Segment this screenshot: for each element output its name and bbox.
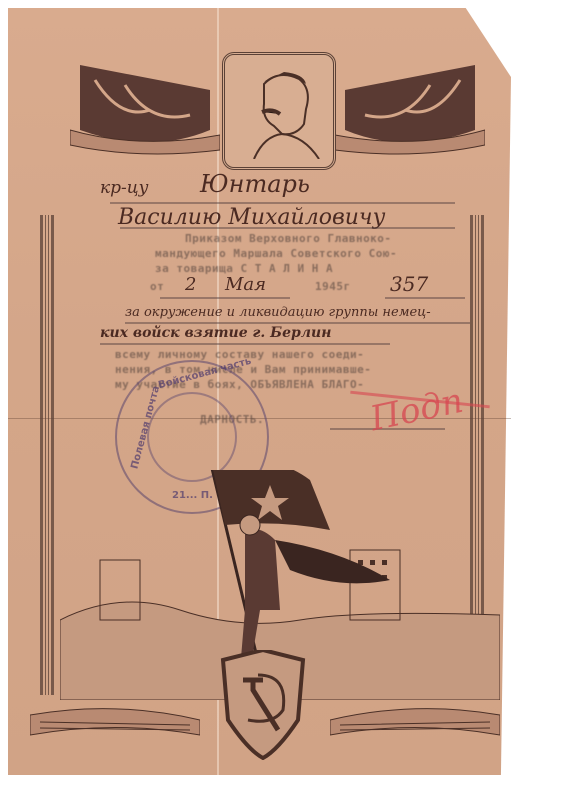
printed-intro-line-1: Приказом Верховного Главноко- (185, 232, 392, 245)
recipient-rank: кр-цу (100, 178, 149, 198)
order-number: 357 (390, 272, 428, 296)
underline (125, 322, 470, 324)
date-month: Мая (225, 274, 266, 295)
hammer-sickle-shield-icon (218, 650, 308, 760)
stamp-inner-ring (147, 392, 237, 482)
underline (120, 227, 455, 229)
date-year: 1945г (315, 280, 351, 293)
underline (160, 297, 290, 299)
reason-text-1: окружение и ликвидацию группы немец- (144, 305, 431, 320)
date-day: 2 (185, 274, 196, 295)
underline (385, 297, 465, 299)
red-banner-left-icon (70, 60, 220, 155)
recipient-surname: Юнтарь (200, 170, 310, 198)
underline (110, 202, 455, 204)
reason-prefix: за (125, 305, 140, 320)
ribbon-left-icon (30, 700, 200, 745)
frame-column-left (40, 215, 54, 695)
underline (100, 343, 390, 345)
printed-intro-line-2: мандующего Маршала Советского Сою- (155, 247, 397, 260)
red-banner-right-icon (335, 60, 485, 155)
stalin-portrait-icon (222, 52, 336, 170)
date-prefix: от (150, 280, 164, 293)
reason-line-2: ких войск взятие г. Берлин (100, 325, 331, 341)
ribbon-right-icon (330, 700, 500, 745)
reason-line-1: за окружение и ликвидацию группы немец- (125, 305, 431, 320)
